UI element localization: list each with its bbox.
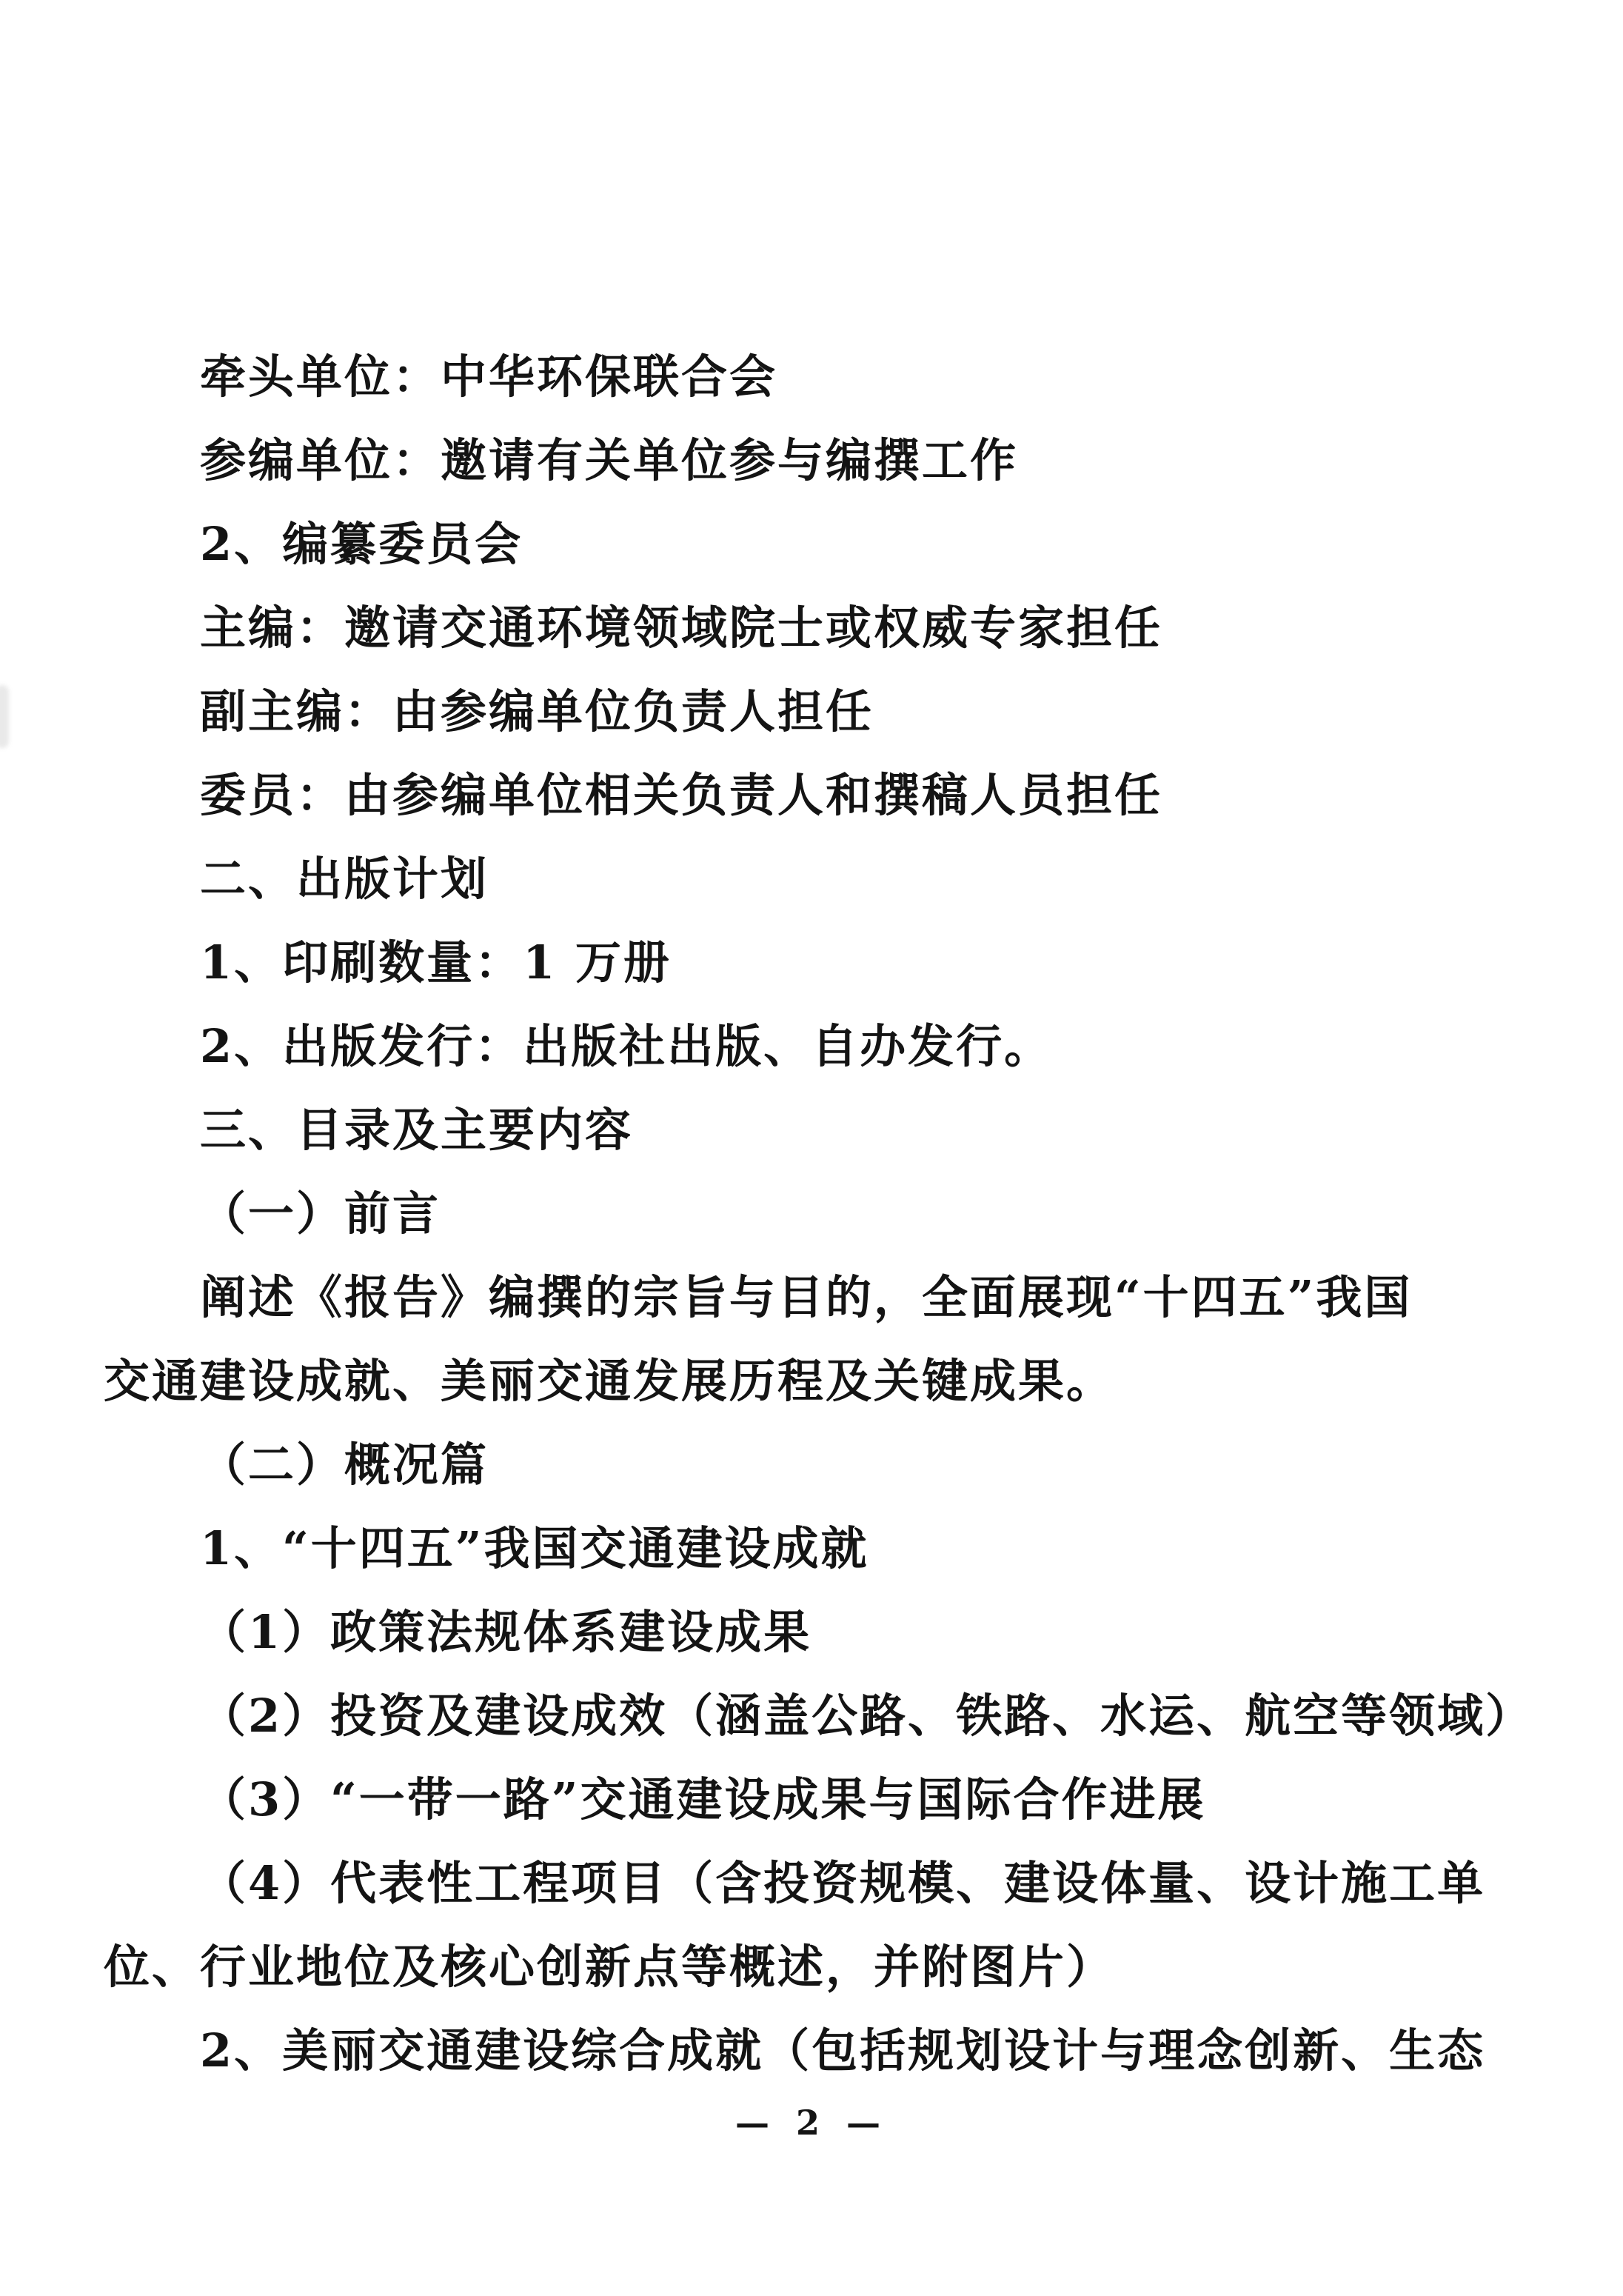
text-line: 阐述《报告》编撰的宗旨与目的，全面展现“十四五”我国 bbox=[104, 1255, 1527, 1339]
text-line: 三、目录及主要内容 bbox=[104, 1088, 1527, 1172]
text-line: （1）政策法规体系建设成果 bbox=[104, 1590, 1527, 1674]
text-line: （一）前言 bbox=[104, 1172, 1527, 1255]
text-line: 1、印刷数量：1 万册 bbox=[104, 921, 1527, 1004]
scan-smudge-artifact bbox=[0, 685, 9, 748]
text-line: 副主编：由参编单位负责人担任 bbox=[104, 670, 1527, 753]
text-line: 参编单位：邀请有关单位参与编撰工作 bbox=[104, 418, 1527, 502]
text-line: （二）概况篇 bbox=[104, 1423, 1527, 1506]
text-line: （3）“一带一路”交通建设成果与国际合作进展 bbox=[104, 1758, 1527, 1841]
text-line: （2）投资及建设成效（涵盖公路、铁路、水运、航空等领域） bbox=[104, 1674, 1527, 1758]
text-line: 委员：由参编单位相关负责人和撰稿人员担任 bbox=[104, 753, 1527, 837]
text-line: 2、出版发行：出版社出版、自办发行。 bbox=[104, 1004, 1527, 1088]
page-number: — 2 — bbox=[0, 2100, 1623, 2145]
document-body: 牵头单位：中华环保联合会参编单位：邀请有关单位参与编撰工作2、编纂委员会主编：邀… bbox=[104, 335, 1527, 2092]
text-line: 主编：邀请交通环境领域院士或权威专家担任 bbox=[104, 586, 1527, 670]
text-line: 交通建设成就、美丽交通发展历程及关键成果。 bbox=[104, 1339, 1527, 1423]
text-line: 二、出版计划 bbox=[104, 837, 1527, 921]
text-line: 2、美丽交通建设综合成就（包括规划设计与理念创新、生态 bbox=[104, 2009, 1527, 2092]
text-line: （4）代表性工程项目（含投资规模、建设体量、设计施工单 bbox=[104, 1841, 1527, 1925]
text-line: 位、行业地位及核心创新点等概述，并附图片） bbox=[104, 1925, 1527, 2009]
text-line: 1、“十四五”我国交通建设成就 bbox=[104, 1506, 1527, 1590]
text-line: 2、编纂委员会 bbox=[104, 502, 1527, 586]
document-page: 牵头单位：中华环保联合会参编单位：邀请有关单位参与编撰工作2、编纂委员会主编：邀… bbox=[0, 0, 1623, 2296]
text-line: 牵头单位：中华环保联合会 bbox=[104, 335, 1527, 418]
